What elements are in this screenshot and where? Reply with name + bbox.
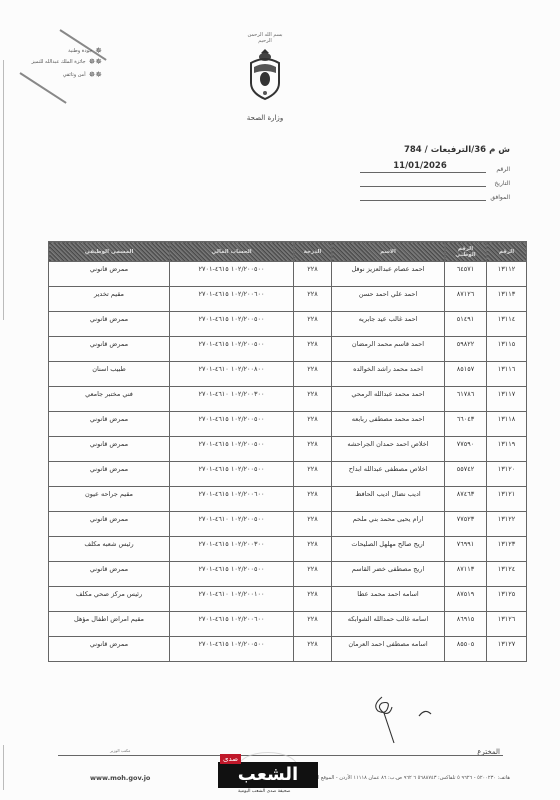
national-id-cell: ٨٧١٢٦ <box>445 287 487 312</box>
reference-number: ش م 36/الترفيعات / 784 <box>360 145 510 155</box>
national-id-cell: ٥٩٨٢٢ <box>445 337 487 362</box>
name-cell: احمد قاسم محمد الرمضان <box>332 337 445 362</box>
scan-edge <box>3 60 4 320</box>
header-name: الاسم <box>332 242 445 262</box>
seq-cell: ١٣١٢٧ <box>487 637 527 662</box>
grade-cell: ٢٢٨ <box>294 287 332 312</box>
seq-cell: ١٣١١٢ <box>487 262 527 287</box>
grade-cell: ٢٢٨ <box>294 337 332 362</box>
job-title-cell: ممرض قانوني <box>49 312 170 337</box>
account-code-cell: ١٠٢/٢٠٠٥٠٠ ٤٦١٥-٢٧٠١ <box>170 412 294 437</box>
seq-cell: ١٣١١٨ <box>487 412 527 437</box>
national-id-cell: ٨٧٤٦٣ <box>445 487 487 512</box>
account-code-cell: ١٠٢/٢٠٠٥٠٠ ٤٦١٥-٢٧٠١ <box>170 337 294 362</box>
name-cell: احمد محمد مصطفى ربابعه <box>332 412 445 437</box>
badge-text: جائزة الملك عبدالله للتميز <box>32 59 86 65</box>
newspaper-watermark: الشعب صدى صحيفة صدى الشعب اليومية <box>218 752 318 797</box>
seq-cell: ١٣١١٦ <box>487 362 527 387</box>
account-code-cell: ١٠٢/٢٠٠٣٠٠ ٤٦١٠-٢٧٠١ <box>170 387 294 412</box>
quality-badge: ✵ جودة وطنية ✵✵ جائزة الملك عبدالله للتم… <box>20 25 110 110</box>
badge-row: ✵✵ أمن وثائقي <box>63 71 102 79</box>
table-body: ١٣١١٢٦٤٥٧١احمد عصام عبدالعزيز نوفل٢٢٨١٠٢… <box>49 262 527 662</box>
national-id-cell: ٧٦٩٩١ <box>445 537 487 562</box>
national-id-cell: ٨٥١٥٧ <box>445 362 487 387</box>
account-code-cell: ١٠٢/٢٠٠٥٠٠ ٤٦١٥-٢٧٠١ <box>170 262 294 287</box>
national-id-cell: ٦١٧٨٦ <box>445 387 487 412</box>
grade-cell: ٢٢٨ <box>294 537 332 562</box>
grade-cell: ٢٢٨ <box>294 437 332 462</box>
national-id-cell: ٧٧٥٩٠ <box>445 437 487 462</box>
job-title-cell: ممرض قانوني <box>49 637 170 662</box>
account-code-cell: ١٠٢/٢٠٠١٠٠ ٤٦١٠-٢٧٠١ <box>170 587 294 612</box>
table-row: ١٣١١٢٦٤٥٧١احمد عصام عبدالعزيز نوفل٢٢٨١٠٢… <box>49 262 527 287</box>
date-value: 11/01/2026 <box>360 161 486 173</box>
name-cell: اريج مصطفى خضر القاسم <box>332 562 445 587</box>
grade-cell: ٢٢٨ <box>294 362 332 387</box>
name-cell: اريج صالح مهلهل الصليحات <box>332 537 445 562</box>
national-id-cell: ٥١٤٩١ <box>445 312 487 337</box>
grade-cell: ٢٢٨ <box>294 412 332 437</box>
national-id-cell: ٨٧١١٣ <box>445 562 487 587</box>
name-cell: اسامه احمد محمد عطا <box>332 587 445 612</box>
account-code-cell: ١٠٢/٢٠٠٥٠٠ ٤٦١٥-٢٧٠١ <box>170 637 294 662</box>
grade-cell: ٢٢٨ <box>294 487 332 512</box>
seq-cell: ١٣١٢٥ <box>487 587 527 612</box>
table-row: ١٣١١٣٨٧١٢٦احمد علي احمد حسن٢٢٨١٠٢/٢٠٠٦٠٠… <box>49 287 527 312</box>
account-code-cell: ١٠٢/٢٠٠٣٠٠ ٤٦١٥-٢٧٠١ <box>170 537 294 562</box>
scan-edge <box>3 745 4 790</box>
grade-cell: ٢٢٨ <box>294 562 332 587</box>
grade-cell: ٢٢٨ <box>294 462 332 487</box>
seq-cell: ١٣١٢٠ <box>487 462 527 487</box>
date-line: التاريخ <box>360 173 510 187</box>
national-id-cell: ٨٦٩١٥ <box>445 612 487 637</box>
account-code-cell: ١٠٢/٢٠٠٥٠٠ ٤٦١٥-٢٧٠١ <box>170 437 294 462</box>
seq-cell: ١٣١٢٣ <box>487 537 527 562</box>
job-title-cell: مقيم تخدير <box>49 287 170 312</box>
name-cell: احمد عصام عبدالعزيز نوفل <box>332 262 445 287</box>
job-title-cell: طبيب اسنان <box>49 362 170 387</box>
table-row: ١٣١٢٥٨٧٥١٩اسامه احمد محمد عطا٢٢٨١٠٢/٢٠٠١… <box>49 587 527 612</box>
promotions-table-wrap: الرقم الرقم الوطني الاسم الدرجة الحساب ا… <box>48 241 526 662</box>
account-code-cell: ١٠٢/٢٠٠٦٠٠ ٤٦١٥-٢٧٠١ <box>170 487 294 512</box>
table-row: ١٣١٢٠٥٥٧٤٢اخلاص مصطفى عبدالله ابداح٢٢٨١٠… <box>49 462 527 487</box>
table-row: ١٣١٢٦٨٦٩١٥اسامه غالب حمدالله الشوابكه٢٢٨… <box>49 612 527 637</box>
grade-cell: ٢٢٨ <box>294 637 332 662</box>
seq-cell: ١٣١٢١ <box>487 487 527 512</box>
seq-cell: ١٣١١٣ <box>487 287 527 312</box>
seq-cell: ١٣١٢٤ <box>487 562 527 587</box>
national-id-cell: ٦٤٥٧١ <box>445 262 487 287</box>
watermark-tag: صدى <box>220 754 241 764</box>
job-title-cell: ممرض قانوني <box>49 437 170 462</box>
national-id-cell: ٨٧٥١٩ <box>445 587 487 612</box>
name-cell: احمد غالب عيد جابريه <box>332 312 445 337</box>
badge-row: ✵✵ جائزة الملك عبدالله للتميز <box>32 58 102 66</box>
account-code-cell: ١٠٢/٢٠٠٥٠٠ ٤٦١٠-٢٧٠١ <box>170 512 294 537</box>
table-row: ١٣١٢٣٧٦٩٩١اريج صالح مهلهل الصليحات٢٢٨١٠٢… <box>49 537 527 562</box>
account-code-cell: ١٠٢/٢٠٠٨٠٠ ٤٦١٠-٢٧٠١ <box>170 362 294 387</box>
national-id-cell: ٥٥٧٤٢ <box>445 462 487 487</box>
corresponding-line: الموافق <box>360 187 510 201</box>
star-icon: ✵✵ <box>89 58 102 66</box>
grade-cell: ٢٢٨ <box>294 387 332 412</box>
account-code-cell: ١٠٢/٢٠٠٦٠٠ ٤٦١٥-٢٧٠١ <box>170 612 294 637</box>
grade-cell: ٢٢٨ <box>294 587 332 612</box>
grade-cell: ٢٢٨ <box>294 312 332 337</box>
seq-cell: ١٣١١٧ <box>487 387 527 412</box>
job-title-cell: رئيس مركز صحي مكلف <box>49 587 170 612</box>
header-id: الرقم الوطني <box>445 242 487 262</box>
header-code: الحساب المالي <box>170 242 294 262</box>
date-blank <box>360 175 486 187</box>
badge-text: أمن وثائقي <box>63 72 86 78</box>
seq-cell: ١٣١١٥ <box>487 337 527 362</box>
job-title-cell: مقيم امراض اطفال مؤهل <box>49 612 170 637</box>
account-code-cell: ١٠٢/٢٠٠٥٠٠ ٤٦١٥-٢٧٠١ <box>170 312 294 337</box>
corresponding-label: الموافق <box>488 194 510 201</box>
watermark-subtitle: صحيفة صدى الشعب اليومية <box>238 789 290 794</box>
table-row: ١٣١١٩٧٧٥٩٠اخلاص احمد حمدان الجراحشه٢٢٨١٠… <box>49 437 527 462</box>
website-link[interactable]: www.moh.gov.jo <box>90 774 150 782</box>
header-title: المسمى الوظيفي <box>49 242 170 262</box>
job-title-cell: ممرض قانوني <box>49 412 170 437</box>
coat-of-arms-icon <box>246 45 284 103</box>
job-title-cell: ممرض قانوني <box>49 262 170 287</box>
pen-stroke <box>19 72 66 104</box>
basmala: بسم الله الرحمن الرحيم <box>245 32 285 44</box>
name-cell: اسامه مصطفى احمد العرمان <box>332 637 445 662</box>
number-label: الرقم <box>488 166 510 173</box>
job-title-cell: فني مختبر جامعي <box>49 387 170 412</box>
contact-info: هاتف: ٥٢٠٠٢٣٠ - ٩٦٢٦ ٥ تلفاكس: ٥٦٨٨٧٤٣ ٦… <box>297 775 510 781</box>
grade-cell: ٢٢٨ <box>294 512 332 537</box>
date-label: التاريخ <box>488 180 510 187</box>
badge-text: جودة وطنية <box>68 48 92 54</box>
name-cell: اخلاص مصطفى عبدالله ابداح <box>332 462 445 487</box>
name-cell: اديب نضال اديب الحافظ <box>332 487 445 512</box>
number-line: الرقم 11/01/2026 <box>360 159 510 173</box>
grade-cell: ٢٢٨ <box>294 262 332 287</box>
signature-mark <box>405 700 435 730</box>
job-title-cell: رئيس شعبه مكلف <box>49 537 170 562</box>
table-header-row: الرقم الرقم الوطني الاسم الدرجة الحساب ا… <box>49 242 527 262</box>
promotions-table: الرقم الرقم الوطني الاسم الدرجة الحساب ا… <box>48 241 527 662</box>
national-id-cell: ٧٧٥٢٣ <box>445 512 487 537</box>
signature <box>370 695 400 750</box>
job-title-cell: مقيم جراحه عيون <box>49 487 170 512</box>
ministry-name: وزارة الصحة <box>240 114 290 122</box>
corresponding-blank <box>360 189 486 201</box>
name-cell: اسامه غالب حمدالله الشوابكه <box>332 612 445 637</box>
table-row: ١٣١١٨٦٦٠٤٣احمد محمد مصطفى ربابعه٢٢٨١٠٢/٢… <box>49 412 527 437</box>
seq-cell: ١٣١٢٢ <box>487 512 527 537</box>
national-id-cell: ٦٦٠٤٣ <box>445 412 487 437</box>
name-cell: احمد علي احمد حسن <box>332 287 445 312</box>
table-row: ١٣١١٥٥٩٨٢٢احمد قاسم محمد الرمضان٢٢٨١٠٢/٢… <box>49 337 527 362</box>
name-cell: اخلاص احمد حمدان الجراحشه <box>332 437 445 462</box>
table-row: ١٣١٢١٨٧٤٦٣اديب نضال اديب الحافظ٢٢٨١٠٢/٢٠… <box>49 487 527 512</box>
grade-cell: ٢٢٨ <box>294 612 332 637</box>
table-row: ١٣١١٧٦١٧٨٦احمد محمد عبدالله الرمحي٢٢٨١٠٢… <box>49 387 527 412</box>
seq-cell: ١٣١١٤ <box>487 312 527 337</box>
table-row: ١٣١١٦٨٥١٥٧احمد محمد راشد الخوالده٢٢٨١٠٢/… <box>49 362 527 387</box>
star-icon: ✵ <box>95 47 102 55</box>
account-code-cell: ١٠٢/٢٠٠٦٠٠ ٤٦١٥-٢٧٠١ <box>170 287 294 312</box>
name-cell: احمد محمد عبدالله الرمحي <box>332 387 445 412</box>
table-row: ١٣١٢٢٧٧٥٢٣ارام يحيى محمد بني ملحم٢٢٨١٠٢/… <box>49 512 527 537</box>
account-code-cell: ١٠٢/٢٠٠٥٠٠ ٤٦١٥-٢٧٠١ <box>170 462 294 487</box>
office-label: مكتب الوزير <box>110 748 130 753</box>
job-title-cell: ممرض قانوني <box>49 562 170 587</box>
table-row: ١٣١٢٧٨٥٥٠٥اسامه مصطفى احمد العرمان٢٢٨١٠٢… <box>49 637 527 662</box>
document-page: ✵ جودة وطنية ✵✵ جائزة الملك عبدالله للتم… <box>0 0 560 800</box>
header-seq: الرقم <box>487 242 527 262</box>
reference-block: ش م 36/الترفيعات / 784 الرقم 11/01/2026 … <box>360 145 510 201</box>
table-row: ١٣١٢٤٨٧١١٣اريج مصطفى خضر القاسم٢٢٨١٠٢/٢٠… <box>49 562 527 587</box>
account-code-cell: ١٠٢/٢٠٠٥٠٠ ٤٦١٥-٢٧٠١ <box>170 562 294 587</box>
name-cell: ارام يحيى محمد بني ملحم <box>332 512 445 537</box>
watermark-logo: الشعب <box>218 762 318 788</box>
seq-cell: ١٣١١٩ <box>487 437 527 462</box>
national-id-cell: ٨٥٥٠٥ <box>445 637 487 662</box>
table-row: ١٣١١٤٥١٤٩١احمد غالب عيد جابريه٢٢٨١٠٢/٢٠٠… <box>49 312 527 337</box>
header-grade: الدرجة <box>294 242 332 262</box>
seq-cell: ١٣١٢٦ <box>487 612 527 637</box>
name-cell: احمد محمد راشد الخوالده <box>332 362 445 387</box>
star-icon: ✵✵ <box>89 71 102 79</box>
job-title-cell: ممرض قانوني <box>49 512 170 537</box>
job-title-cell: ممرض قانوني <box>49 337 170 362</box>
badge-row: ✵ جودة وطنية <box>68 47 102 55</box>
job-title-cell: ممرض قانوني <box>49 462 170 487</box>
